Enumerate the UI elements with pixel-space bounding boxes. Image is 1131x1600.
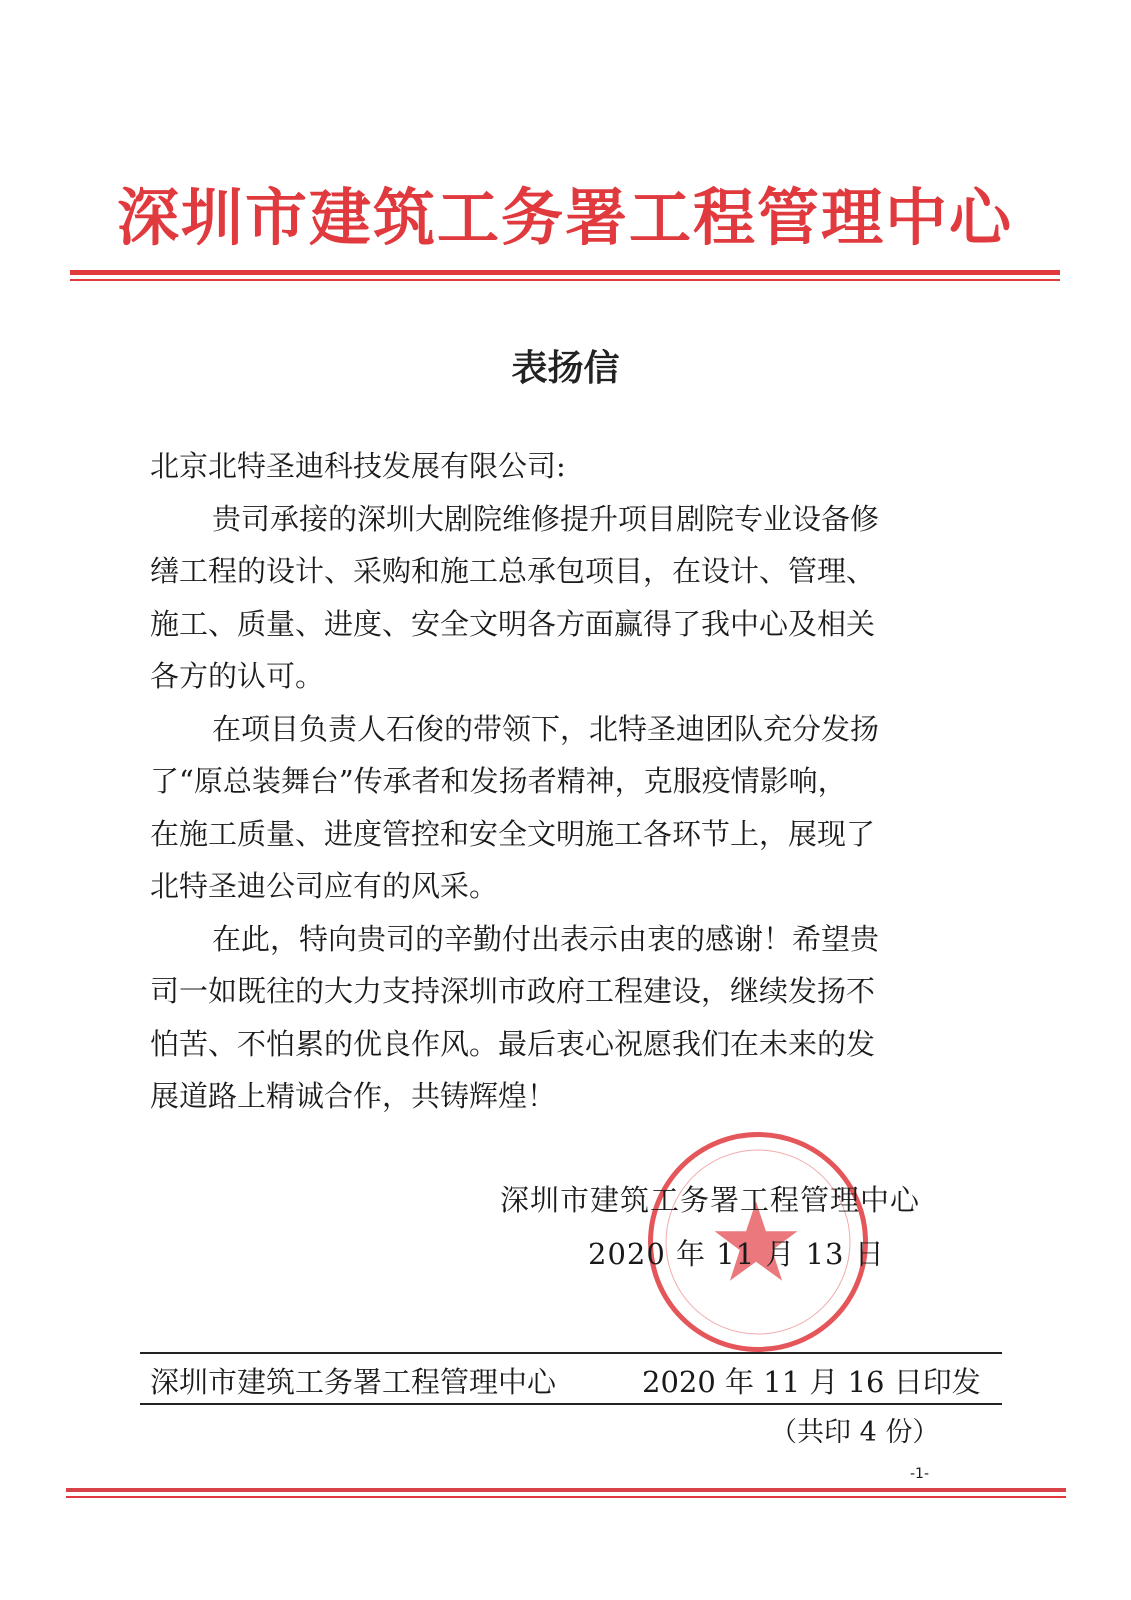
paragraph-1: 贵司承接的深圳大剧院维修提升项目剧院专业设备修 缮工程的设计、采购和施工总承包项… (150, 493, 950, 703)
page-number: -1- (910, 1466, 929, 1482)
copies-count: （共印 4 份） (770, 1410, 939, 1449)
paragraph-line: 在施工质量、进度管控和安全文明施工各环节上，展现了 (150, 808, 950, 861)
footer-rule-bottom (140, 1403, 1002, 1405)
paragraph-line: 在项目负责人石俊的带领下，北特圣迪团队充分发扬 (150, 703, 950, 756)
document-title: 表扬信 (0, 340, 1131, 391)
letter-body: 北京北特圣迪科技发展有限公司: 贵司承接的深圳大剧院维修提升项目剧院专业设备修 … (150, 440, 950, 1123)
footer-issue-date: 2020 年 11 月 16 日印发 (642, 1360, 981, 1401)
paragraph-line: 怕苦、不怕累的优良作风。最后衷心祝愿我们在未来的发 (150, 1018, 950, 1071)
salutation: 北京北特圣迪科技发展有限公司: (150, 440, 950, 493)
paragraph-line: 司一如既往的大力支持深圳市政府工程建设，继续发扬不 (150, 965, 950, 1018)
paragraph-line: 施工、质量、进度、安全文明各方面赢得了我中心及相关 (150, 598, 950, 651)
paragraph-line: 了“原总装舞台”传承者和发扬者精神，克服疫情影响， (150, 755, 950, 808)
paragraph-line: 各方的认可。 (150, 650, 950, 703)
letterhead-rule-thick (70, 270, 1060, 275)
paragraph-line: 缮工程的设计、采购和施工总承包项目，在设计、管理、 (150, 545, 950, 598)
bottom-rule-thick (66, 1488, 1066, 1492)
letterhead-rule-thin (70, 279, 1060, 281)
letterhead-title: 深圳市建筑工务署工程管理中心 (70, 168, 1060, 257)
bottom-rule-thin (66, 1496, 1066, 1498)
signature-organization: 深圳市建筑工务署工程管理中心 (500, 1178, 920, 1219)
footer-issuer: 深圳市建筑工务署工程管理中心 (150, 1360, 556, 1401)
paragraph-line: 贵司承接的深圳大剧院维修提升项目剧院专业设备修 (150, 493, 950, 546)
paragraph-line: 北特圣迪公司应有的风采。 (150, 860, 950, 913)
signature-date: 2020 年 11 月 13 日 (588, 1232, 885, 1273)
paragraph-line: 展道路上精诚合作，共铸辉煌！ (150, 1070, 950, 1123)
paragraph-2: 在项目负责人石俊的带领下，北特圣迪团队充分发扬 了“原总装舞台”传承者和发扬者精… (150, 703, 950, 913)
footer-rule-top (140, 1352, 1002, 1354)
paragraph-line: 在此，特向贵司的辛勤付出表示由衷的感谢！希望贵 (150, 913, 950, 966)
paragraph-3: 在此，特向贵司的辛勤付出表示由衷的感谢！希望贵 司一如既往的大力支持深圳市政府工… (150, 913, 950, 1123)
